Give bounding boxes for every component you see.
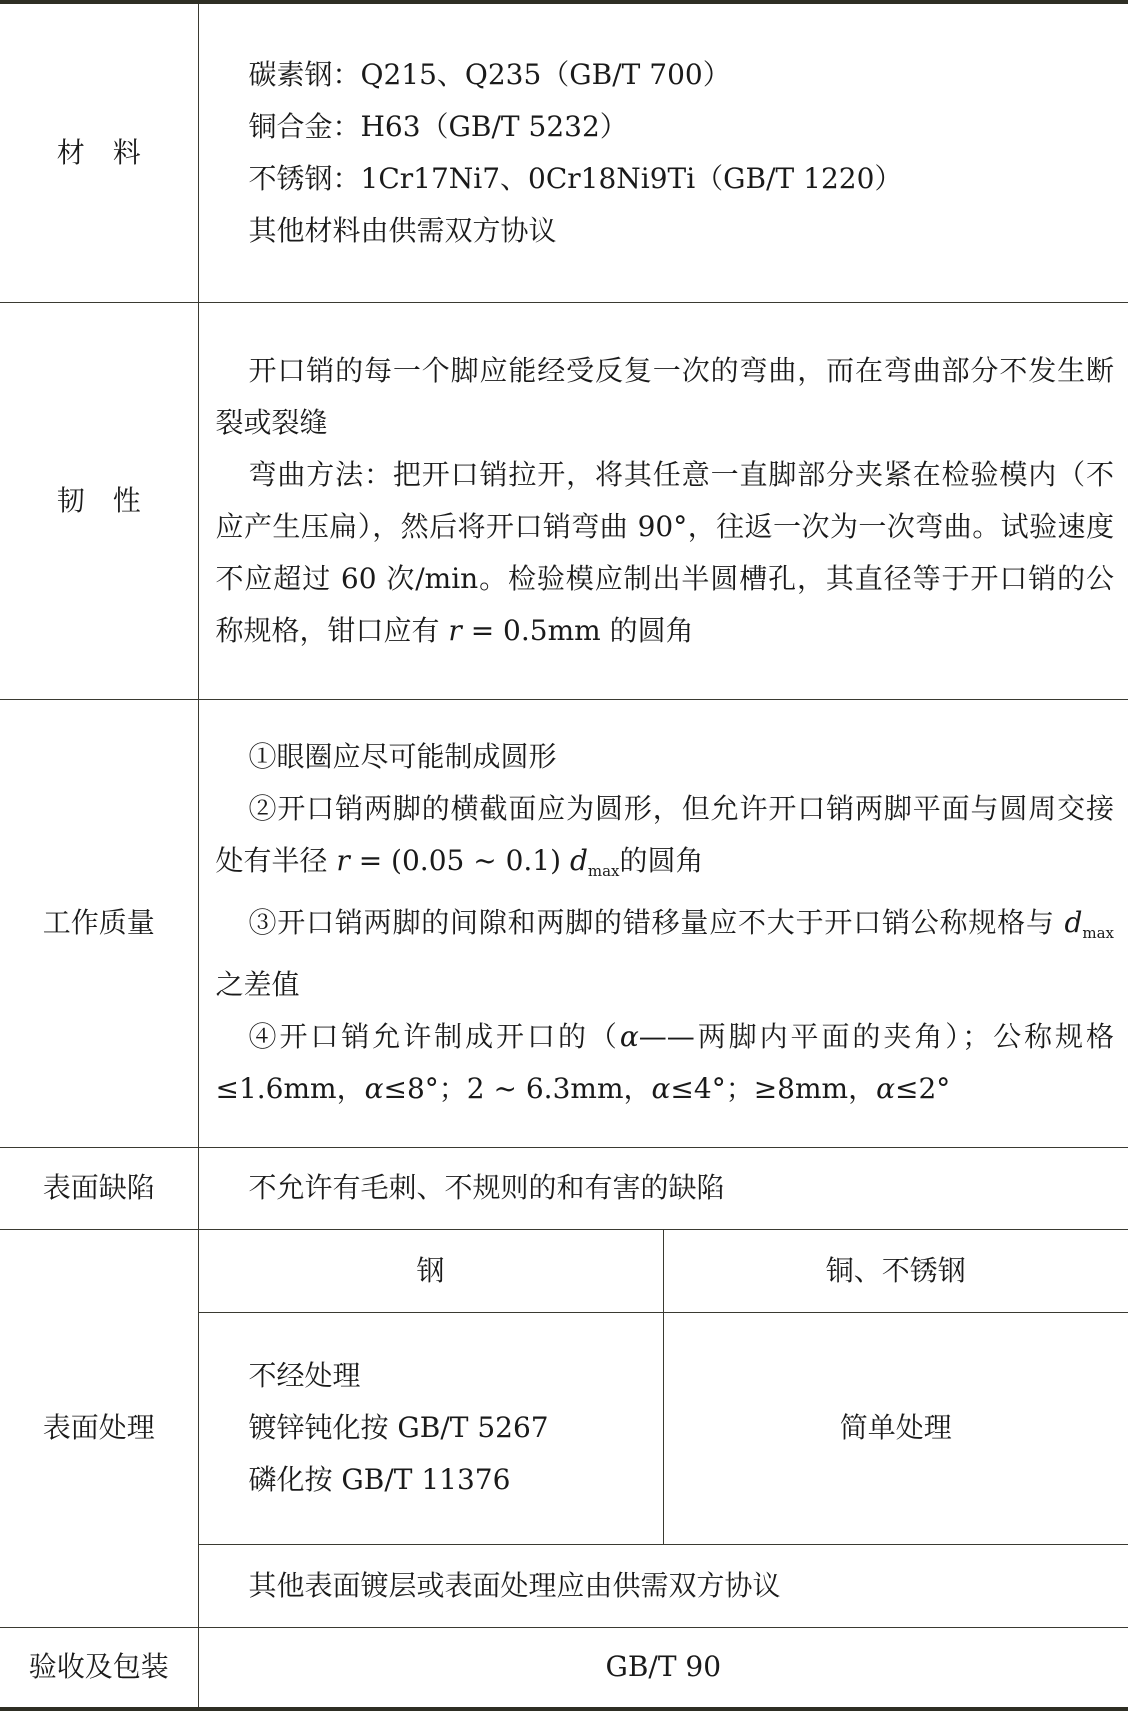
label-surface-treatment: 表面处理 bbox=[0, 1229, 198, 1627]
surface-treatment-note: 其他表面镀层或表面处理应由供需双方协议 bbox=[249, 1560, 1115, 1612]
label-acceptance: 验收及包装 bbox=[0, 1627, 198, 1709]
col-header-copper-stainless: 铜、不锈钢 bbox=[663, 1229, 1128, 1312]
toughness-requirement: 开口销的每一个脚应能经受反复一次的弯曲，而在弯曲部分不发生断裂或裂缝 bbox=[216, 345, 1115, 449]
material-copper-alloy: 铜合金：H63（GB/T 5232） bbox=[249, 101, 1115, 153]
material-carbon-steel: 碳素钢：Q215、Q235（GB/T 700） bbox=[249, 49, 1115, 101]
surface-treatment-note-cell: 其他表面镀层或表面处理应由供需双方协议 bbox=[198, 1544, 1128, 1627]
steel-untreated: 不经处理 bbox=[249, 1350, 649, 1402]
material-stainless: 不锈钢：1Cr17Ni7、0Cr18Ni9Ti（GB/T 1220） bbox=[249, 153, 1115, 205]
workmanship-item-4: ④开口销允许制成开口的（α——两脚内平面的夹角）；公称规格≤1.6mm，α≤8°… bbox=[216, 1011, 1115, 1115]
label-material: 材 料 bbox=[0, 2, 198, 302]
workmanship-content: ①眼圈应尽可能制成圆形 ②开口销两脚的横截面应为圆形，但允许开口销两脚平面与圆周… bbox=[198, 699, 1128, 1147]
workmanship-item-2: ②开口销两脚的横截面应为圆形，但允许开口销两脚平面与圆周交接处有半径 r = (… bbox=[216, 783, 1115, 897]
material-content: 碳素钢：Q215、Q235（GB/T 700） 铜合金：H63（GB/T 523… bbox=[198, 2, 1128, 302]
toughness-content: 开口销的每一个脚应能经受反复一次的弯曲，而在弯曲部分不发生断裂或裂缝 弯曲方法：… bbox=[198, 302, 1128, 699]
label-surface-defects: 表面缺陷 bbox=[0, 1147, 198, 1229]
row-surface-defects: 表面缺陷 不允许有毛刺、不规则的和有害的缺陷 bbox=[0, 1147, 1128, 1229]
steel-treatment: 不经处理 镀锌钝化按 GB/T 5267 磷化按 GB/T 11376 bbox=[198, 1312, 663, 1544]
row-surface-treatment-header: 表面处理 钢 铜、不锈钢 bbox=[0, 1229, 1128, 1312]
steel-galvanized: 镀锌钝化按 GB/T 5267 bbox=[249, 1402, 649, 1454]
label-workmanship: 工作质量 bbox=[0, 699, 198, 1147]
row-material: 材 料 碳素钢：Q215、Q235（GB/T 700） 铜合金：H63（GB/T… bbox=[0, 2, 1128, 302]
copper-stainless-treatment: 简单处理 bbox=[663, 1312, 1128, 1544]
toughness-bending-method: 弯曲方法：把开口销拉开，将其任意一直脚部分夹紧在检验模内（不应产生压扁），然后将… bbox=[216, 449, 1115, 657]
cotter-pin-spec-table: 材 料 碳素钢：Q215、Q235（GB/T 700） 铜合金：H63（GB/T… bbox=[0, 0, 1128, 1711]
material-other: 其他材料由供需双方协议 bbox=[249, 205, 1115, 257]
surface-defects-content: 不允许有毛刺、不规则的和有害的缺陷 bbox=[198, 1147, 1128, 1229]
col-header-steel: 钢 bbox=[198, 1229, 663, 1312]
workmanship-item-3: ③开口销两脚的间隙和两脚的错移量应不大于开口销公称规格与 dmax之差值 bbox=[216, 897, 1115, 1011]
row-acceptance: 验收及包装 GB/T 90 bbox=[0, 1627, 1128, 1709]
steel-phosphated: 磷化按 GB/T 11376 bbox=[249, 1454, 649, 1506]
row-toughness: 韧 性 开口销的每一个脚应能经受反复一次的弯曲，而在弯曲部分不发生断裂或裂缝 弯… bbox=[0, 302, 1128, 699]
workmanship-item-1: ①眼圈应尽可能制成圆形 bbox=[216, 731, 1115, 783]
label-toughness: 韧 性 bbox=[0, 302, 198, 699]
row-workmanship: 工作质量 ①眼圈应尽可能制成圆形 ②开口销两脚的横截面应为圆形，但允许开口销两脚… bbox=[0, 699, 1128, 1147]
acceptance-standard: GB/T 90 bbox=[198, 1627, 1128, 1709]
surface-defects-text: 不允许有毛刺、不规则的和有害的缺陷 bbox=[249, 1162, 1115, 1214]
